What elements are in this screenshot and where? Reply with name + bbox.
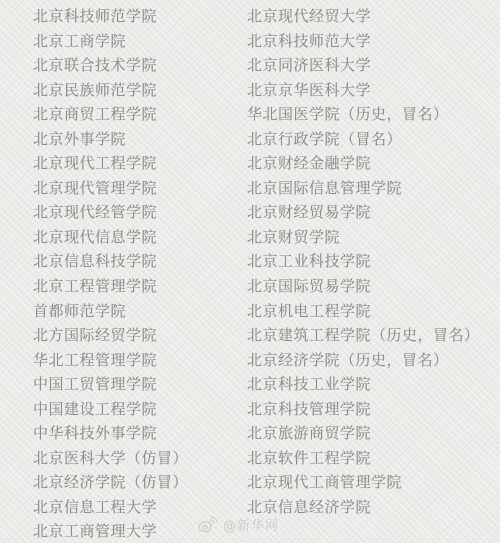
university-name: 北京行政学院（冒名） <box>247 127 480 152</box>
university-name: 北京现代工程学院 <box>33 151 188 176</box>
university-name: 北京现代经贸大学 <box>247 4 480 29</box>
university-name: 北京科技工业学院 <box>247 372 480 397</box>
university-name: 北京国际信息管理学院 <box>247 176 480 201</box>
university-name: 北京经济学院（仿冒） <box>33 470 188 495</box>
university-name: 北京科技师范学院 <box>33 4 188 29</box>
university-name: 北京科技管理学院 <box>247 397 480 422</box>
university-name: 北方国际经贸学院 <box>33 323 188 348</box>
university-name: 北京商贸工程学院 <box>33 102 188 127</box>
university-name: 中华科技外事学院 <box>33 421 188 446</box>
university-name: 北京现代经管学院 <box>33 200 188 225</box>
university-name: 北京旅游商贸学院 <box>247 421 480 446</box>
university-name: 北京医科大学（仿冒） <box>33 446 188 471</box>
weibo-icon <box>196 516 218 534</box>
university-name: 北京财经贸易学院 <box>247 200 480 225</box>
university-name: 北京外事学院 <box>33 127 188 152</box>
university-name: 中国工贸管理学院 <box>33 372 188 397</box>
university-name: 北京科技师范大学 <box>247 29 480 54</box>
university-name: 中国建设工程学院 <box>33 397 188 422</box>
university-name: 北京机电工程学院 <box>247 299 480 324</box>
watermark-text: @新华网 <box>223 515 279 534</box>
university-name: 北京国际贸易学院 <box>247 274 480 299</box>
university-name: 北京工业科技学院 <box>247 249 480 274</box>
university-name: 华北国医学院（历史，冒名） <box>247 102 480 127</box>
university-name: 北京同济医科大学 <box>247 53 480 78</box>
left-column: 北京科技师范学院北京工商学院北京联合技术学院北京民族师范学院北京商贸工程学院北京… <box>33 4 188 543</box>
fake-universities-list: 北京科技师范学院北京工商学院北京联合技术学院北京民族师范学院北京商贸工程学院北京… <box>0 0 500 543</box>
university-name: 北京建筑工程学院（历史，冒名） <box>247 323 480 348</box>
university-name: 北京现代信息学院 <box>33 225 188 250</box>
university-name: 北京现代工商管理学院 <box>247 470 480 495</box>
university-name: 北京经济学院（历史，冒名） <box>247 348 480 373</box>
university-name: 北京软件工程学院 <box>247 446 480 471</box>
university-name: 北京信息经济学院 <box>247 495 480 520</box>
university-name: 北京工程管理学院 <box>33 274 188 299</box>
university-name: 北京联合技术学院 <box>33 53 188 78</box>
university-name: 北京工商管理大学 <box>33 519 188 543</box>
watermark: @新华网 <box>196 515 279 534</box>
university-name: 北京民族师范学院 <box>33 78 188 103</box>
university-name: 北京信息科技学院 <box>33 249 188 274</box>
university-name: 北京财贸学院 <box>247 225 480 250</box>
university-name: 首都师范学院 <box>33 299 188 324</box>
university-name: 北京京华医科大学 <box>247 78 480 103</box>
university-name: 北京工商学院 <box>33 29 188 54</box>
right-column: 北京现代经贸大学北京科技师范大学北京同济医科大学北京京华医科大学华北国医学院（历… <box>247 4 480 519</box>
university-name: 北京财经金融学院 <box>247 151 480 176</box>
university-name: 华北工程管理学院 <box>33 348 188 373</box>
university-name: 北京现代管理学院 <box>33 176 188 201</box>
university-name: 北京信息工程大学 <box>33 495 188 520</box>
